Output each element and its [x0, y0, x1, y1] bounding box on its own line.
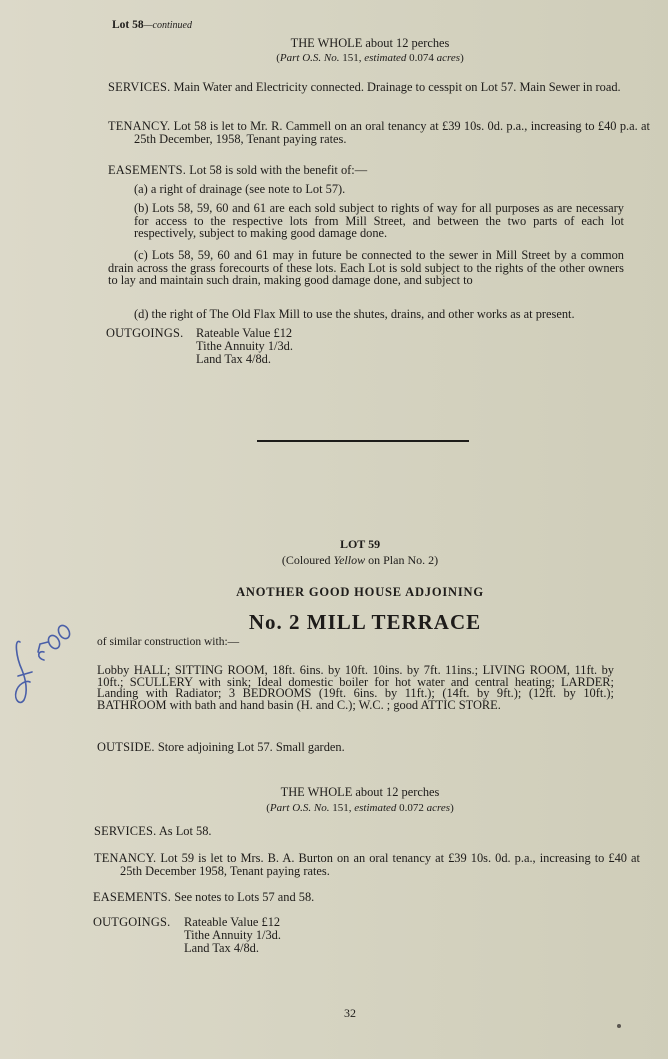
section-divider — [257, 440, 469, 442]
easements-text: See notes to Lots 57 and 58. — [174, 890, 314, 904]
continued-label: —continued — [144, 20, 192, 31]
lot59-outside: OUTSIDE. Store adjoining Lot 57. Small g… — [97, 741, 613, 754]
lot59-whole: THE WHOLE about 12 perches — [210, 786, 510, 799]
acres-value: 0.074 — [409, 52, 434, 64]
outgoings-label: OUTGOINGS. — [106, 326, 183, 340]
handwritten-price-annotation: £500 — [4, 612, 84, 712]
lot58-services: SERVICES. Main Water and Electricity con… — [108, 81, 650, 94]
coloured-color: Yellow — [334, 553, 366, 567]
easements-label: EASEMENTS. — [93, 890, 171, 904]
lot58-outgoings: OUTGOINGS. — [106, 327, 183, 340]
services-label: SERVICES. — [108, 80, 170, 94]
lot59-outgoings: OUTGOINGS. — [93, 916, 170, 929]
os-number: 151, — [342, 52, 361, 64]
services-label: SERVICES. — [94, 824, 156, 838]
os-part: Part O.S. No. — [280, 52, 340, 64]
lot59-rooms: Lobby HALL; SITTING ROOM, 18ft. 6ins. by… — [97, 665, 614, 711]
easements-text: Lot 58 is sold with the benefit of:— — [189, 163, 367, 177]
land-tax: Land Tax 4/8d. — [184, 942, 281, 955]
lot59-coloured: (Coloured Yellow on Plan No. 2) — [220, 553, 500, 568]
lot58-whole: THE WHOLE about 12 perches — [220, 37, 520, 50]
outside-label: OUTSIDE. — [97, 740, 155, 754]
acres-label: acres — [437, 52, 460, 64]
tenancy-text: Lot 59 is let to Mrs. B. A. Burton on an… — [120, 851, 640, 878]
estimated-label: estimated — [364, 52, 406, 64]
outgoings-label: OUTGOINGS. — [93, 915, 170, 929]
lot59-tenancy: TENANCY. Lot 59 is let to Mrs. B. A. Bur… — [94, 852, 640, 877]
services-text: As Lot 58. — [159, 824, 212, 838]
acres-label: acres — [427, 802, 450, 814]
page-number: 32 — [320, 1006, 380, 1021]
handwritten-pound-sign-icon — [4, 612, 84, 712]
lot59-os-reference: (Part O.S. No. 151, estimated 0.072 acre… — [190, 802, 530, 814]
easement-item-a: (a) a right of drainage (see note to Lot… — [134, 183, 624, 196]
acres-value: 0.072 — [399, 802, 424, 814]
easement-item-c: (c) Lots 58, 59, 60 and 61 may in future… — [108, 249, 624, 287]
lot59-name: No. 2 MILL TERRACE — [200, 610, 530, 635]
continued-header: Lot 58—continued — [112, 19, 192, 32]
lot59-services: SERVICES. As Lot 58. — [94, 825, 610, 838]
lot59-title: LOT 59 — [250, 537, 470, 552]
coloured-suffix: on Plan No. 2) — [368, 553, 438, 567]
tenancy-text: Lot 58 is let to Mr. R. Cammell on an or… — [134, 119, 650, 146]
paper-speck — [617, 1024, 621, 1028]
os-number: 151, — [332, 802, 351, 814]
lot58-outgoings-list: Rateable Value £12 Tithe Annuity 1/3d. L… — [196, 327, 293, 366]
easements-label: EASEMENTS. — [108, 163, 186, 177]
easement-item-b-text: (b) Lots 58, 59, 60 and 61 are each sold… — [108, 202, 624, 240]
lot59-outgoings-list: Rateable Value £12 Tithe Annuity 1/3d. L… — [184, 916, 281, 955]
lot59-intro: of similar construction with:— — [97, 636, 239, 648]
easement-item-b: (b) Lots 58, 59, 60 and 61 are each sold… — [134, 202, 624, 240]
lot58-easements: EASEMENTS. Lot 58 is sold with the benef… — [108, 164, 624, 177]
outside-text: Store adjoining Lot 57. Small garden. — [158, 740, 345, 754]
estimated-label: estimated — [354, 802, 396, 814]
coloured-prefix: (Coloured — [282, 553, 331, 567]
services-text: Main Water and Electricity connected. Dr… — [174, 80, 621, 94]
os-part: Part O.S. No. — [270, 802, 330, 814]
lot-label: Lot 58 — [112, 19, 144, 31]
lot59-easements: EASEMENTS. See notes to Lots 57 and 58. — [93, 891, 609, 904]
lot58-tenancy: TENANCY. Lot 58 is let to Mr. R. Cammell… — [108, 120, 650, 145]
land-tax: Land Tax 4/8d. — [196, 353, 293, 366]
lot58-os-reference: (Part O.S. No. 151, estimated 0.074 acre… — [200, 52, 540, 64]
easement-item-d: (d) the right of The Old Flax Mill to us… — [134, 308, 624, 321]
lot59-subtitle: ANOTHER GOOD HOUSE ADJOINING — [200, 585, 520, 600]
